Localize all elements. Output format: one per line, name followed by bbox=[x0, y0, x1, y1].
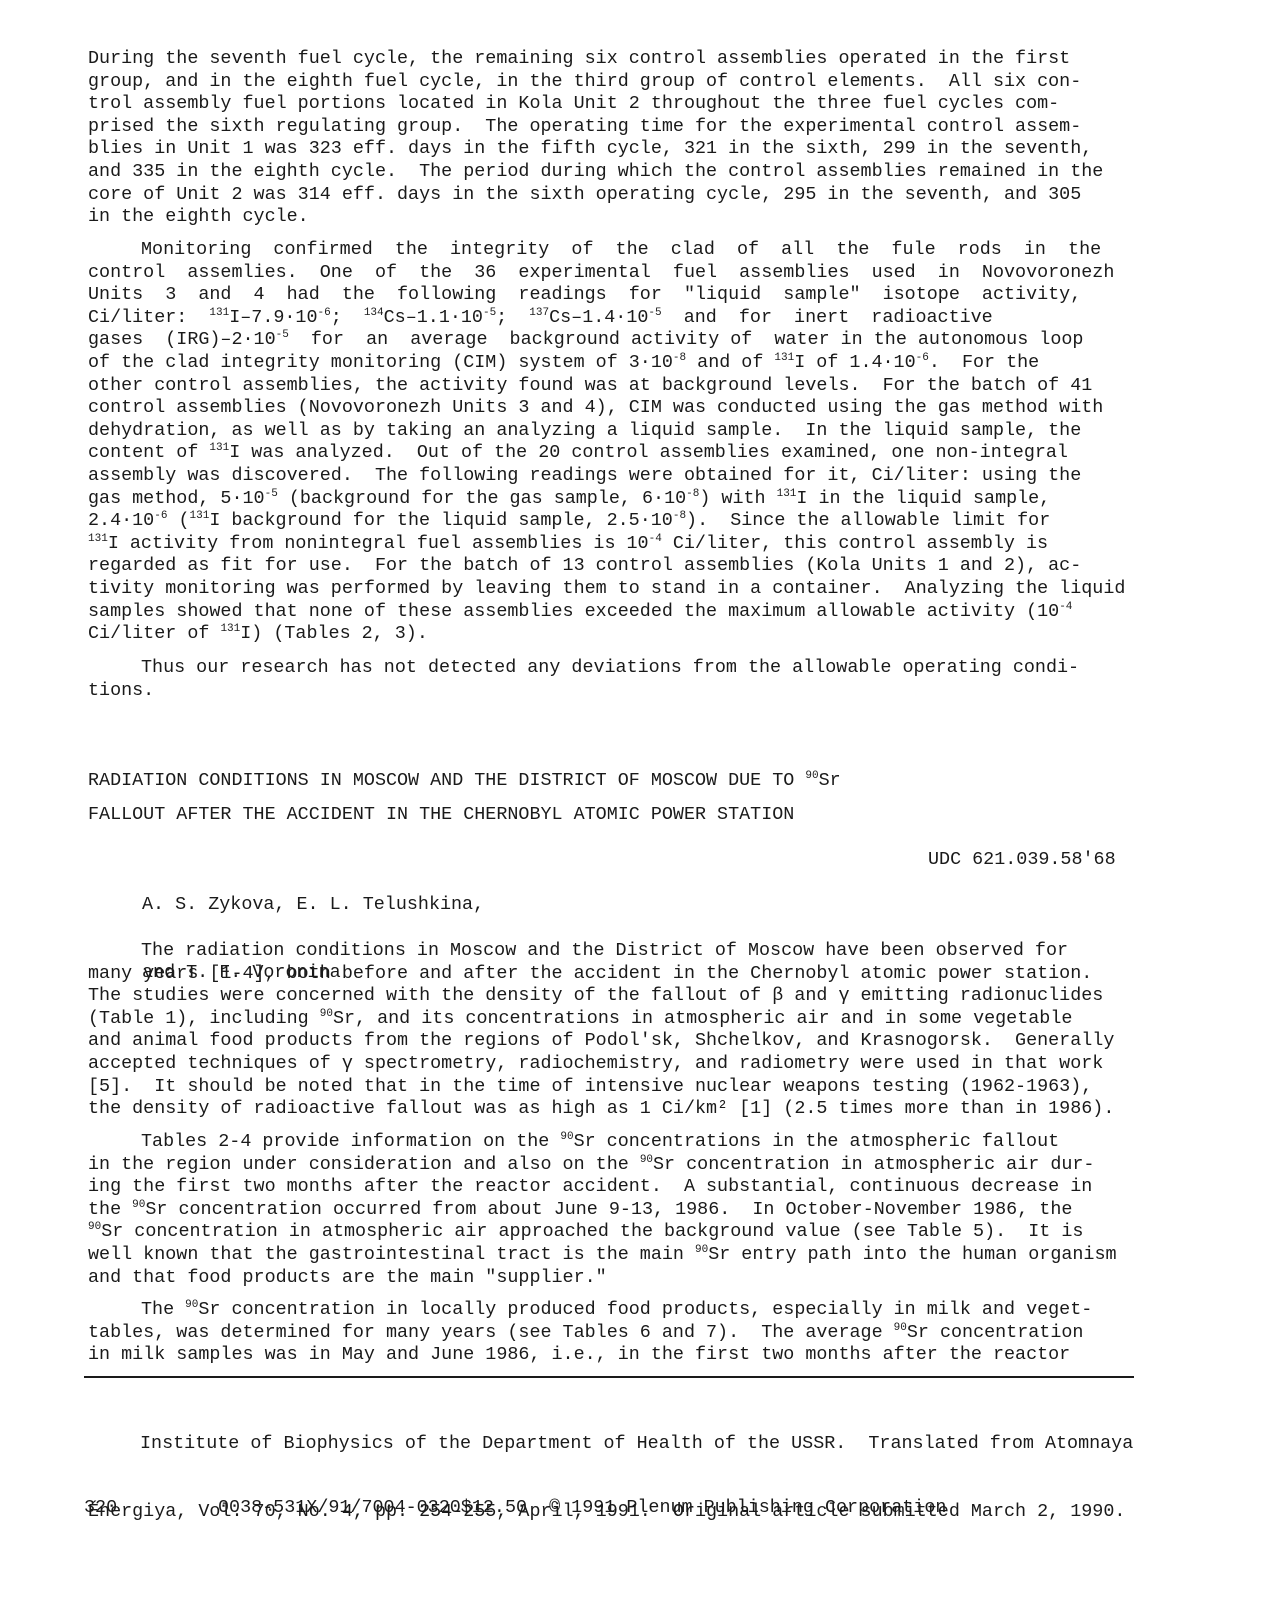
publication-code-copyright: 0038-531X/91/7004-0320$12.50 © 1991 Plen… bbox=[218, 1497, 946, 1518]
text-line: content of 131I was analyzed. Out of the… bbox=[88, 442, 1125, 465]
text-line: group, and in the eighth fuel cycle, in … bbox=[88, 71, 1103, 94]
authors-line-1: A. S. Zykova, E. L. Telushkina, bbox=[142, 894, 484, 917]
text-line: of the clad integrity monitoring (CIM) s… bbox=[88, 352, 1125, 375]
text-line: Ci/liter: 131I–7.9·10-6; 134Cs–1.1·10-5;… bbox=[88, 307, 1125, 330]
footnote-divider bbox=[84, 1376, 1134, 1378]
text-line: regarded as fit for use. For the batch o… bbox=[88, 555, 1125, 578]
article-paragraph-1: The radiation conditions in Moscow and t… bbox=[88, 940, 1114, 1121]
article-paragraph-2: Tables 2-4 provide information on the 90… bbox=[88, 1131, 1117, 1289]
prev-paragraph-3: Thus our research has not detected any d… bbox=[88, 657, 1079, 702]
article-paragraph-3: The 90Sr concentration in locally produc… bbox=[88, 1299, 1092, 1367]
text-line: The 90Sr concentration in locally produc… bbox=[88, 1299, 1092, 1322]
text-line: trol assembly fuel portions located in K… bbox=[88, 93, 1103, 116]
text-line: and that food products are the main "sup… bbox=[88, 1267, 1117, 1290]
text-line: control assemblies (Novovoronezh Units 3… bbox=[88, 397, 1125, 420]
text-line: in the eighth cycle. bbox=[88, 206, 1103, 229]
text-line: gas method, 5·10-5 (background for the g… bbox=[88, 488, 1125, 511]
text-line: many years [1-4], both before and after … bbox=[88, 963, 1114, 986]
text-line: other control assemblies, the activity f… bbox=[88, 375, 1125, 398]
text-line: gases (IRG)–2·10-5 for an average backgr… bbox=[88, 329, 1125, 352]
text-line: Ci/liter of 131I) (Tables 2, 3). bbox=[88, 623, 1125, 646]
text-line: in the region under consideration and al… bbox=[88, 1154, 1117, 1177]
text-line: Monitoring confirmed the integrity of th… bbox=[88, 239, 1125, 262]
prev-paragraph-2: Monitoring confirmed the integrity of th… bbox=[88, 239, 1125, 646]
text-line: well known that the gastrointestinal tra… bbox=[88, 1244, 1117, 1267]
text-line: in milk samples was in May and June 1986… bbox=[88, 1344, 1092, 1367]
text-line: 90Sr concentration in atmospheric air ap… bbox=[88, 1221, 1117, 1244]
text-line: accepted techniques of γ spectrometry, r… bbox=[88, 1053, 1114, 1076]
article-title-line-1: RADIATION CONDITIONS IN MOSCOW AND THE D… bbox=[88, 770, 841, 791]
text-line: the 90Sr concentration occurred from abo… bbox=[88, 1199, 1117, 1222]
text-line: [5]. It should be noted that in the time… bbox=[88, 1076, 1114, 1099]
text-line: Thus our research has not detected any d… bbox=[88, 657, 1079, 680]
text-line: assembly was discovered. The following r… bbox=[88, 465, 1125, 488]
text-line: tivity monitoring was performed by leavi… bbox=[88, 578, 1125, 601]
text-line: prised the sixth regulating group. The o… bbox=[88, 116, 1103, 139]
text-line: dehydration, as well as by taking an ana… bbox=[88, 420, 1125, 443]
udc-code: UDC 621.039.58'68 bbox=[928, 849, 1116, 870]
page-number: 320 bbox=[84, 1497, 117, 1518]
text-line: samples showed that none of these assemb… bbox=[88, 601, 1125, 624]
text-line: The studies were concerned with the dens… bbox=[88, 985, 1114, 1008]
prev-paragraph-1: During the seventh fuel cycle, the remai… bbox=[88, 48, 1103, 229]
text-line: and animal food products from the region… bbox=[88, 1030, 1114, 1053]
text-line: blies in Unit 1 was 323 eff. days in the… bbox=[88, 138, 1103, 161]
footnote: Institute of Biophysics of the Departmen… bbox=[88, 1388, 1133, 1546]
text-line: Tables 2-4 provide information on the 90… bbox=[88, 1131, 1117, 1154]
text-line: (Table 1), including 90Sr, and its conce… bbox=[88, 1008, 1114, 1031]
text-line: tables, was determined for many years (s… bbox=[88, 1322, 1092, 1345]
text-line: 2.4·10-6 (131I background for the liquid… bbox=[88, 510, 1125, 533]
text-line: Units 3 and 4 had the following readings… bbox=[88, 284, 1125, 307]
text-line: core of Unit 2 was 314 eff. days in the … bbox=[88, 184, 1103, 207]
footnote-line-1: Institute of Biophysics of the Departmen… bbox=[88, 1433, 1133, 1456]
text-line: 131I activity from nonintegral fuel asse… bbox=[88, 533, 1125, 556]
text-line: The radiation conditions in Moscow and t… bbox=[88, 940, 1114, 963]
text-line: During the seventh fuel cycle, the remai… bbox=[88, 48, 1103, 71]
text-line: and 335 in the eighth cycle. The period … bbox=[88, 161, 1103, 184]
text-line: ing the first two months after the react… bbox=[88, 1176, 1117, 1199]
text-line: tions. bbox=[88, 680, 1079, 703]
text-line: the density of radioactive fallout was a… bbox=[88, 1098, 1114, 1121]
article-title-line-2: FALLOUT AFTER THE ACCIDENT IN THE CHERNO… bbox=[88, 804, 794, 825]
text-line: control assemlies. One of the 36 experim… bbox=[88, 262, 1125, 285]
